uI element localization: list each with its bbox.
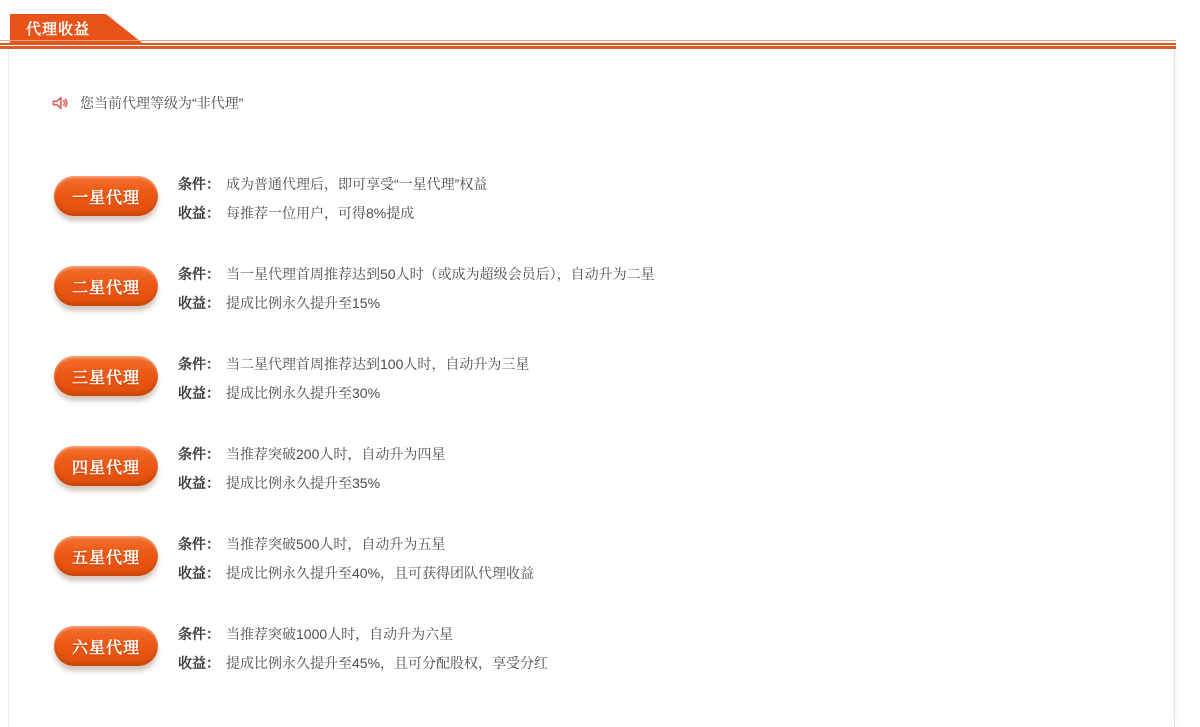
agent-level-notice: 您当前代理等级为“非代理” (50, 93, 243, 113)
condition-label: 条件： (178, 176, 220, 192)
benefit-text: 提成比例永久提升至40%，且可获得团队代理收益 (226, 565, 534, 581)
benefit-label: 收益： (178, 475, 220, 491)
notice-text: 您当前代理等级为“非代理” (80, 93, 243, 113)
condition-label: 条件： (178, 446, 220, 462)
condition-label: 条件： (178, 266, 220, 282)
level-badge: 二星代理 (54, 266, 158, 306)
benefit-label: 收益： (178, 205, 220, 221)
level-badge: 一星代理 (54, 176, 158, 216)
benefit-label: 收益： (178, 295, 220, 311)
level-row: 一星代理 条件：成为普通代理后，即可享受“一星代理”权益 收益：每推荐一位用户，… (54, 168, 655, 258)
benefit-text: 提成比例永久提升至30% (226, 385, 380, 401)
benefit-text: 每推荐一位用户，可得8%提成 (226, 205, 414, 221)
condition-text: 当推荐突破200人时，自动升为四星 (226, 446, 445, 462)
level-row: 二星代理 条件：当一星代理首周推荐达到50人时（或成为超级会员后），自动升为二星… (54, 258, 655, 348)
condition-text: 当推荐突破500人时，自动升为五星 (226, 536, 445, 552)
condition-text: 当一星代理首周推荐达到50人时（或成为超级会员后），自动升为二星 (226, 266, 655, 282)
page: 代理收益 您当前代理等级为“非代理” 一星代理 条件：成为普通代理后，即可享受“… (0, 0, 1200, 727)
level-badge: 四星代理 (54, 446, 158, 486)
level-row: 六星代理 条件：当推荐突破1000人时，自动升为六星 收益：提成比例永久提升至4… (54, 618, 655, 708)
benefit-label: 收益： (178, 565, 220, 581)
level-list: 一星代理 条件：成为普通代理后，即可享受“一星代理”权益 收益：每推荐一位用户，… (54, 168, 655, 708)
benefit-text: 提成比例永久提升至15% (226, 295, 380, 311)
benefit-text: 提成比例永久提升至35% (226, 475, 380, 491)
condition-text: 当二星代理首周推荐达到100人时，自动升为三星 (226, 356, 529, 372)
condition-label: 条件： (178, 536, 220, 552)
condition-text: 当推荐突破1000人时，自动升为六星 (226, 626, 453, 642)
benefit-text: 提成比例永久提升至45%，且可分配股权，享受分红 (226, 655, 548, 671)
level-row: 五星代理 条件：当推荐突破500人时，自动升为五星 收益：提成比例永久提升至40… (54, 528, 655, 618)
condition-label: 条件： (178, 356, 220, 372)
level-badge: 三星代理 (54, 356, 158, 396)
benefit-label: 收益： (178, 655, 220, 671)
level-badge: 五星代理 (54, 536, 158, 576)
level-row: 三星代理 条件：当二星代理首周推荐达到100人时，自动升为三星 收益：提成比例永… (54, 348, 655, 438)
header-divider (0, 40, 1176, 49)
benefit-label: 收益： (178, 385, 220, 401)
level-badge: 六星代理 (54, 626, 158, 666)
condition-label: 条件： (178, 626, 220, 642)
condition-text: 成为普通代理后，即可享受“一星代理”权益 (226, 176, 487, 192)
level-row: 四星代理 条件：当推荐突破200人时，自动升为四星 收益：提成比例永久提升至35… (54, 438, 655, 528)
speaker-icon (50, 93, 70, 113)
